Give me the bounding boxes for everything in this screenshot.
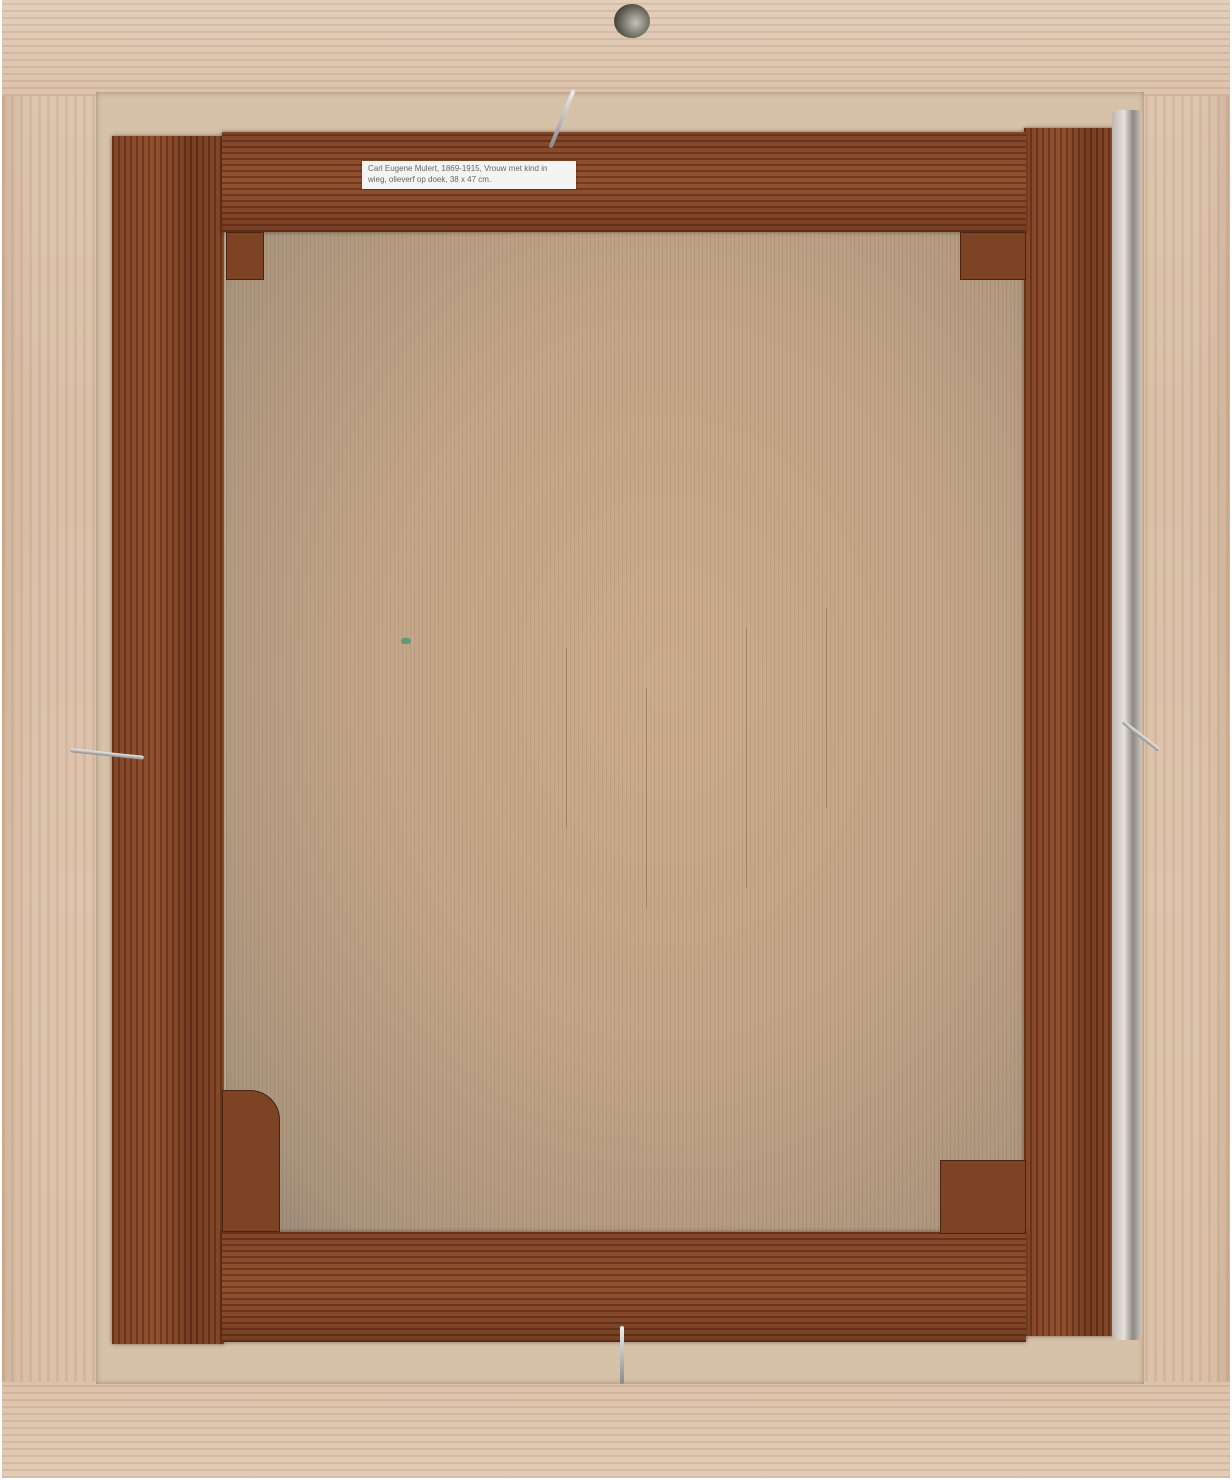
corner-key-top-right	[960, 232, 1026, 280]
corner-key-top-left	[226, 232, 264, 280]
label-line-2: wieg, olieverf op doek, 38 x 47 cm.	[368, 174, 570, 185]
corner-key-bottom-right	[940, 1160, 1026, 1234]
paint-speck	[401, 638, 411, 644]
hanging-ring-icon	[614, 4, 650, 38]
canvas-crack	[746, 628, 747, 888]
frame-bottom-rail	[2, 1382, 1230, 1478]
canvas-crack	[566, 648, 567, 828]
stretcher-top-bar	[222, 132, 1026, 232]
painting-back-photo: Carl Eugene Mulert, 1869-1915, Vrouw met…	[0, 0, 1232, 1480]
stretcher-right-bar	[1024, 128, 1116, 1336]
stretcher-left-bar	[112, 136, 224, 1344]
artwork-label: Carl Eugene Mulert, 1869-1915, Vrouw met…	[362, 161, 576, 189]
canvas-back	[226, 228, 1026, 1233]
canvas-crack	[826, 608, 827, 808]
corner-key-bottom-left	[222, 1090, 280, 1232]
nail-bottom	[620, 1326, 624, 1384]
label-line-1: Carl Eugene Mulert, 1869-1915, Vrouw met…	[368, 163, 570, 174]
canvas-crack	[646, 688, 647, 908]
stretcher-bottom-bar	[222, 1232, 1026, 1342]
